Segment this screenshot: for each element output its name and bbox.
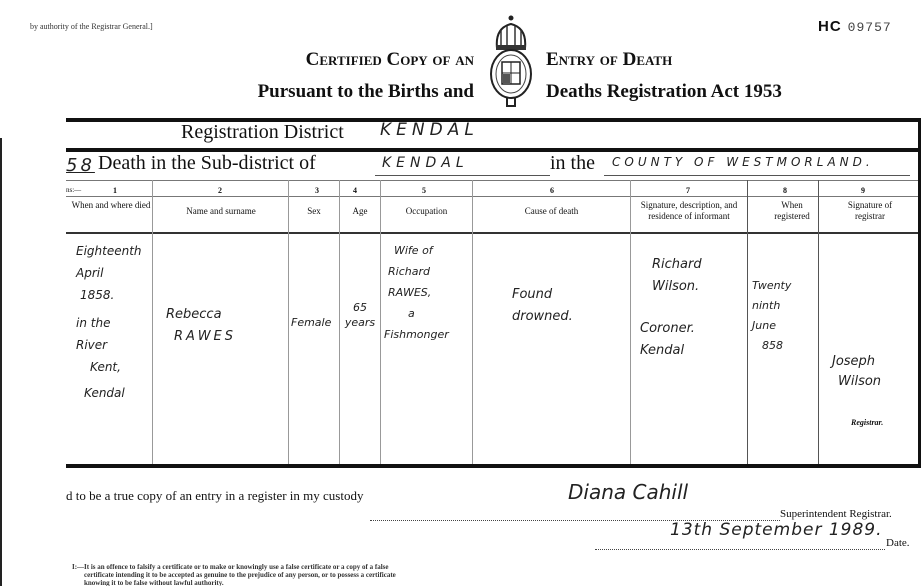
certificate-code: HC (818, 18, 842, 35)
cell-age: 65 years (342, 300, 378, 330)
title-left-line1: Certified Copy of an (258, 44, 474, 76)
column-number: 1 (100, 186, 130, 195)
divider (472, 180, 473, 464)
column-number: 2 (205, 186, 235, 195)
title-left-line2: Pursuant to the Births and (258, 76, 474, 108)
columns-prefix: ns:— (66, 186, 81, 194)
registration-district-label: Registration District (181, 121, 344, 144)
column-number: 9 (848, 186, 878, 195)
column-number: 8 (770, 186, 800, 195)
divider (630, 180, 631, 464)
certificate-date: 13th September 1989. (670, 520, 883, 540)
superintendent-registrar-label: Superintendent Registrar. (780, 508, 892, 520)
registrar-label: Registrar. (851, 418, 883, 427)
title-right: Entry of Death Deaths Registration Act 1… (546, 44, 782, 108)
column-number: 6 (537, 186, 567, 195)
royal-coat-of-arms-icon (483, 14, 539, 110)
divider (380, 180, 381, 464)
entry-number: 58 (66, 155, 95, 176)
registration-district-value: KENDAL (380, 120, 479, 140)
column-number: 4 (340, 186, 370, 195)
column-number: 7 (673, 186, 703, 195)
cell-sex: Female (291, 312, 331, 334)
cell-registrar: Joseph Wilson (832, 352, 881, 392)
divider (152, 180, 153, 464)
column-header-when-registered: When registered (760, 200, 824, 222)
in-the-label: in the (550, 152, 595, 175)
subdistrict-underline (375, 175, 550, 176)
title-right-line1: Entry of Death (546, 44, 782, 76)
column-header-occupation: Occupation (381, 206, 472, 217)
county-value: COUNTY OF WESTMORLAND. (612, 155, 874, 169)
divider (66, 232, 921, 234)
certify-text: d to be a true copy of an entry in a reg… (66, 488, 363, 504)
legal-warning: I:—It is an offence to falsify a certifi… (72, 563, 492, 586)
column-header-age: Age (340, 206, 380, 217)
column-number: 5 (409, 186, 439, 195)
divider (66, 180, 921, 181)
column-header-cause: Cause of death (473, 206, 630, 217)
column-header-registrar: Signature of registrar (822, 200, 918, 222)
column-header-sex: Sex (289, 206, 339, 217)
column-header-informant: Signature, description, and residence of… (632, 200, 746, 222)
cell-occupation: Wife of Richard RAWES, a Fishmonger (384, 240, 449, 345)
column-number: 3 (302, 186, 332, 195)
divider (918, 118, 921, 468)
date-label: Date. (886, 537, 910, 549)
subdistrict-label: Death in the Sub-district of (98, 152, 316, 175)
divider (339, 180, 340, 464)
subdistrict-value: KENDAL (382, 155, 469, 171)
column-header-when-where: When and where died (70, 200, 152, 211)
left-border-line (0, 138, 2, 586)
certificate-number: 09757 (848, 20, 892, 35)
column-header-name: Name and surname (154, 206, 288, 217)
cell-when-where: Eighteenth April 1858. in the River Kent… (76, 240, 142, 404)
divider (66, 464, 921, 468)
cell-when-registered: Twenty ninth June 858 (752, 276, 791, 356)
county-underline (604, 175, 910, 176)
cell-informant: Richard Wilson. Coroner. Kendal (640, 254, 702, 362)
superintendent-signature: Diana Cahill (568, 480, 688, 504)
cell-cause: Found drowned. (512, 284, 573, 328)
divider (818, 180, 819, 464)
authority-note: by authority of the Registrar General.] (30, 22, 153, 31)
date-line (595, 549, 885, 550)
divider (747, 180, 748, 464)
divider (288, 180, 289, 464)
title-left: Certified Copy of an Pursuant to the Bir… (258, 44, 474, 108)
cell-name: Rebecca RAWES (166, 304, 236, 348)
certificate-serial: HC09757 (818, 18, 892, 35)
title-right-line2: Deaths Registration Act 1953 (546, 76, 782, 108)
divider (66, 196, 921, 197)
